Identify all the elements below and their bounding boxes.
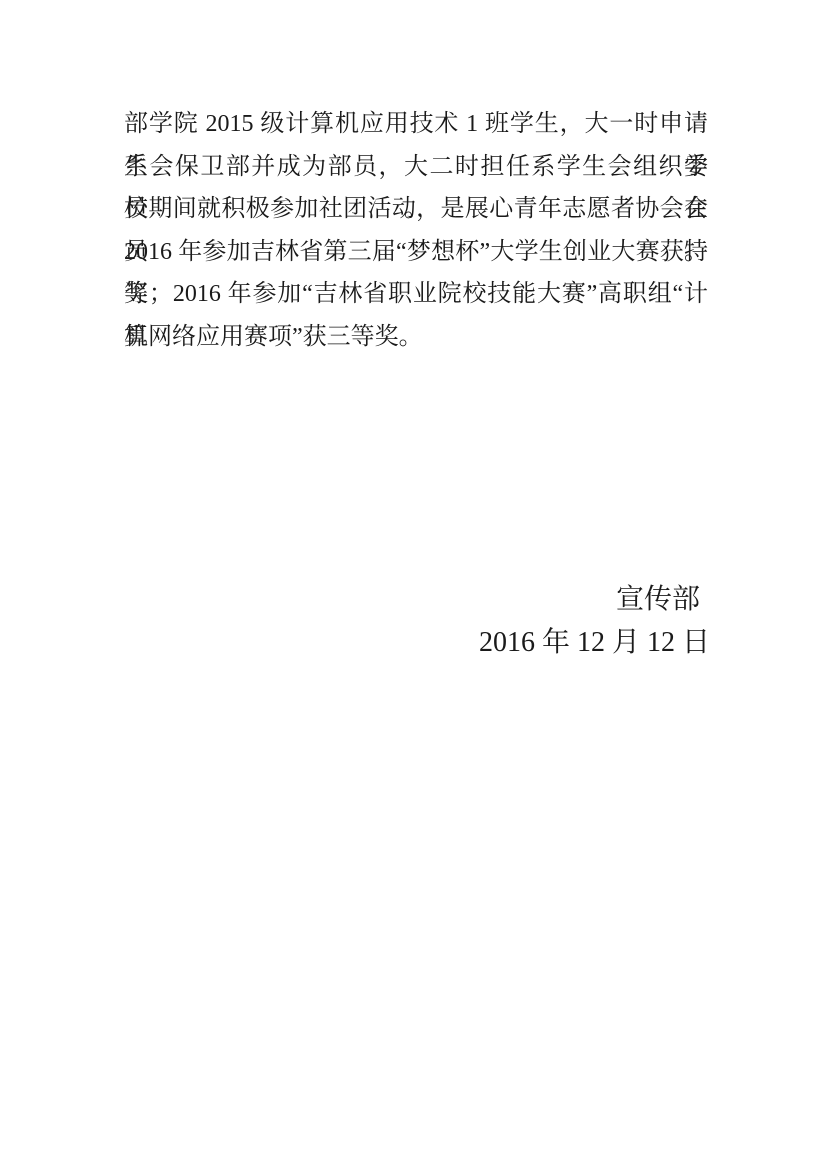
body-line: 生会保卫部并成为部员，大二时担任系学生会组织委员。在: [124, 146, 708, 189]
signature-block: 宣传部 2016 年 12 月 12 日: [124, 578, 710, 664]
body-line: 奖；2016 年参加“吉林省职业院校技能大赛”高职组“计算: [124, 273, 708, 316]
body-line: 机网络应用赛项”获三等奖。: [124, 316, 708, 359]
body-line: 校期间就积极参加社团活动，是展心青年志愿者协会会员。: [124, 188, 708, 231]
body-line: 部学院 2015 级计算机应用技术 1 班学生，大一时申请系学: [124, 103, 708, 146]
body-line: 2016 年参加吉林省第三届“梦想杯”大学生创业大赛获特等: [124, 231, 708, 274]
signature-date: 2016 年 12 月 12 日: [124, 621, 710, 664]
signature-department: 宣传部: [124, 578, 710, 621]
body-paragraph: 部学院 2015 级计算机应用技术 1 班学生，大一时申请系学生会保卫部并成为部…: [124, 103, 708, 358]
document-page: 部学院 2015 级计算机应用技术 1 班学生，大一时申请系学生会保卫部并成为部…: [0, 0, 827, 1169]
